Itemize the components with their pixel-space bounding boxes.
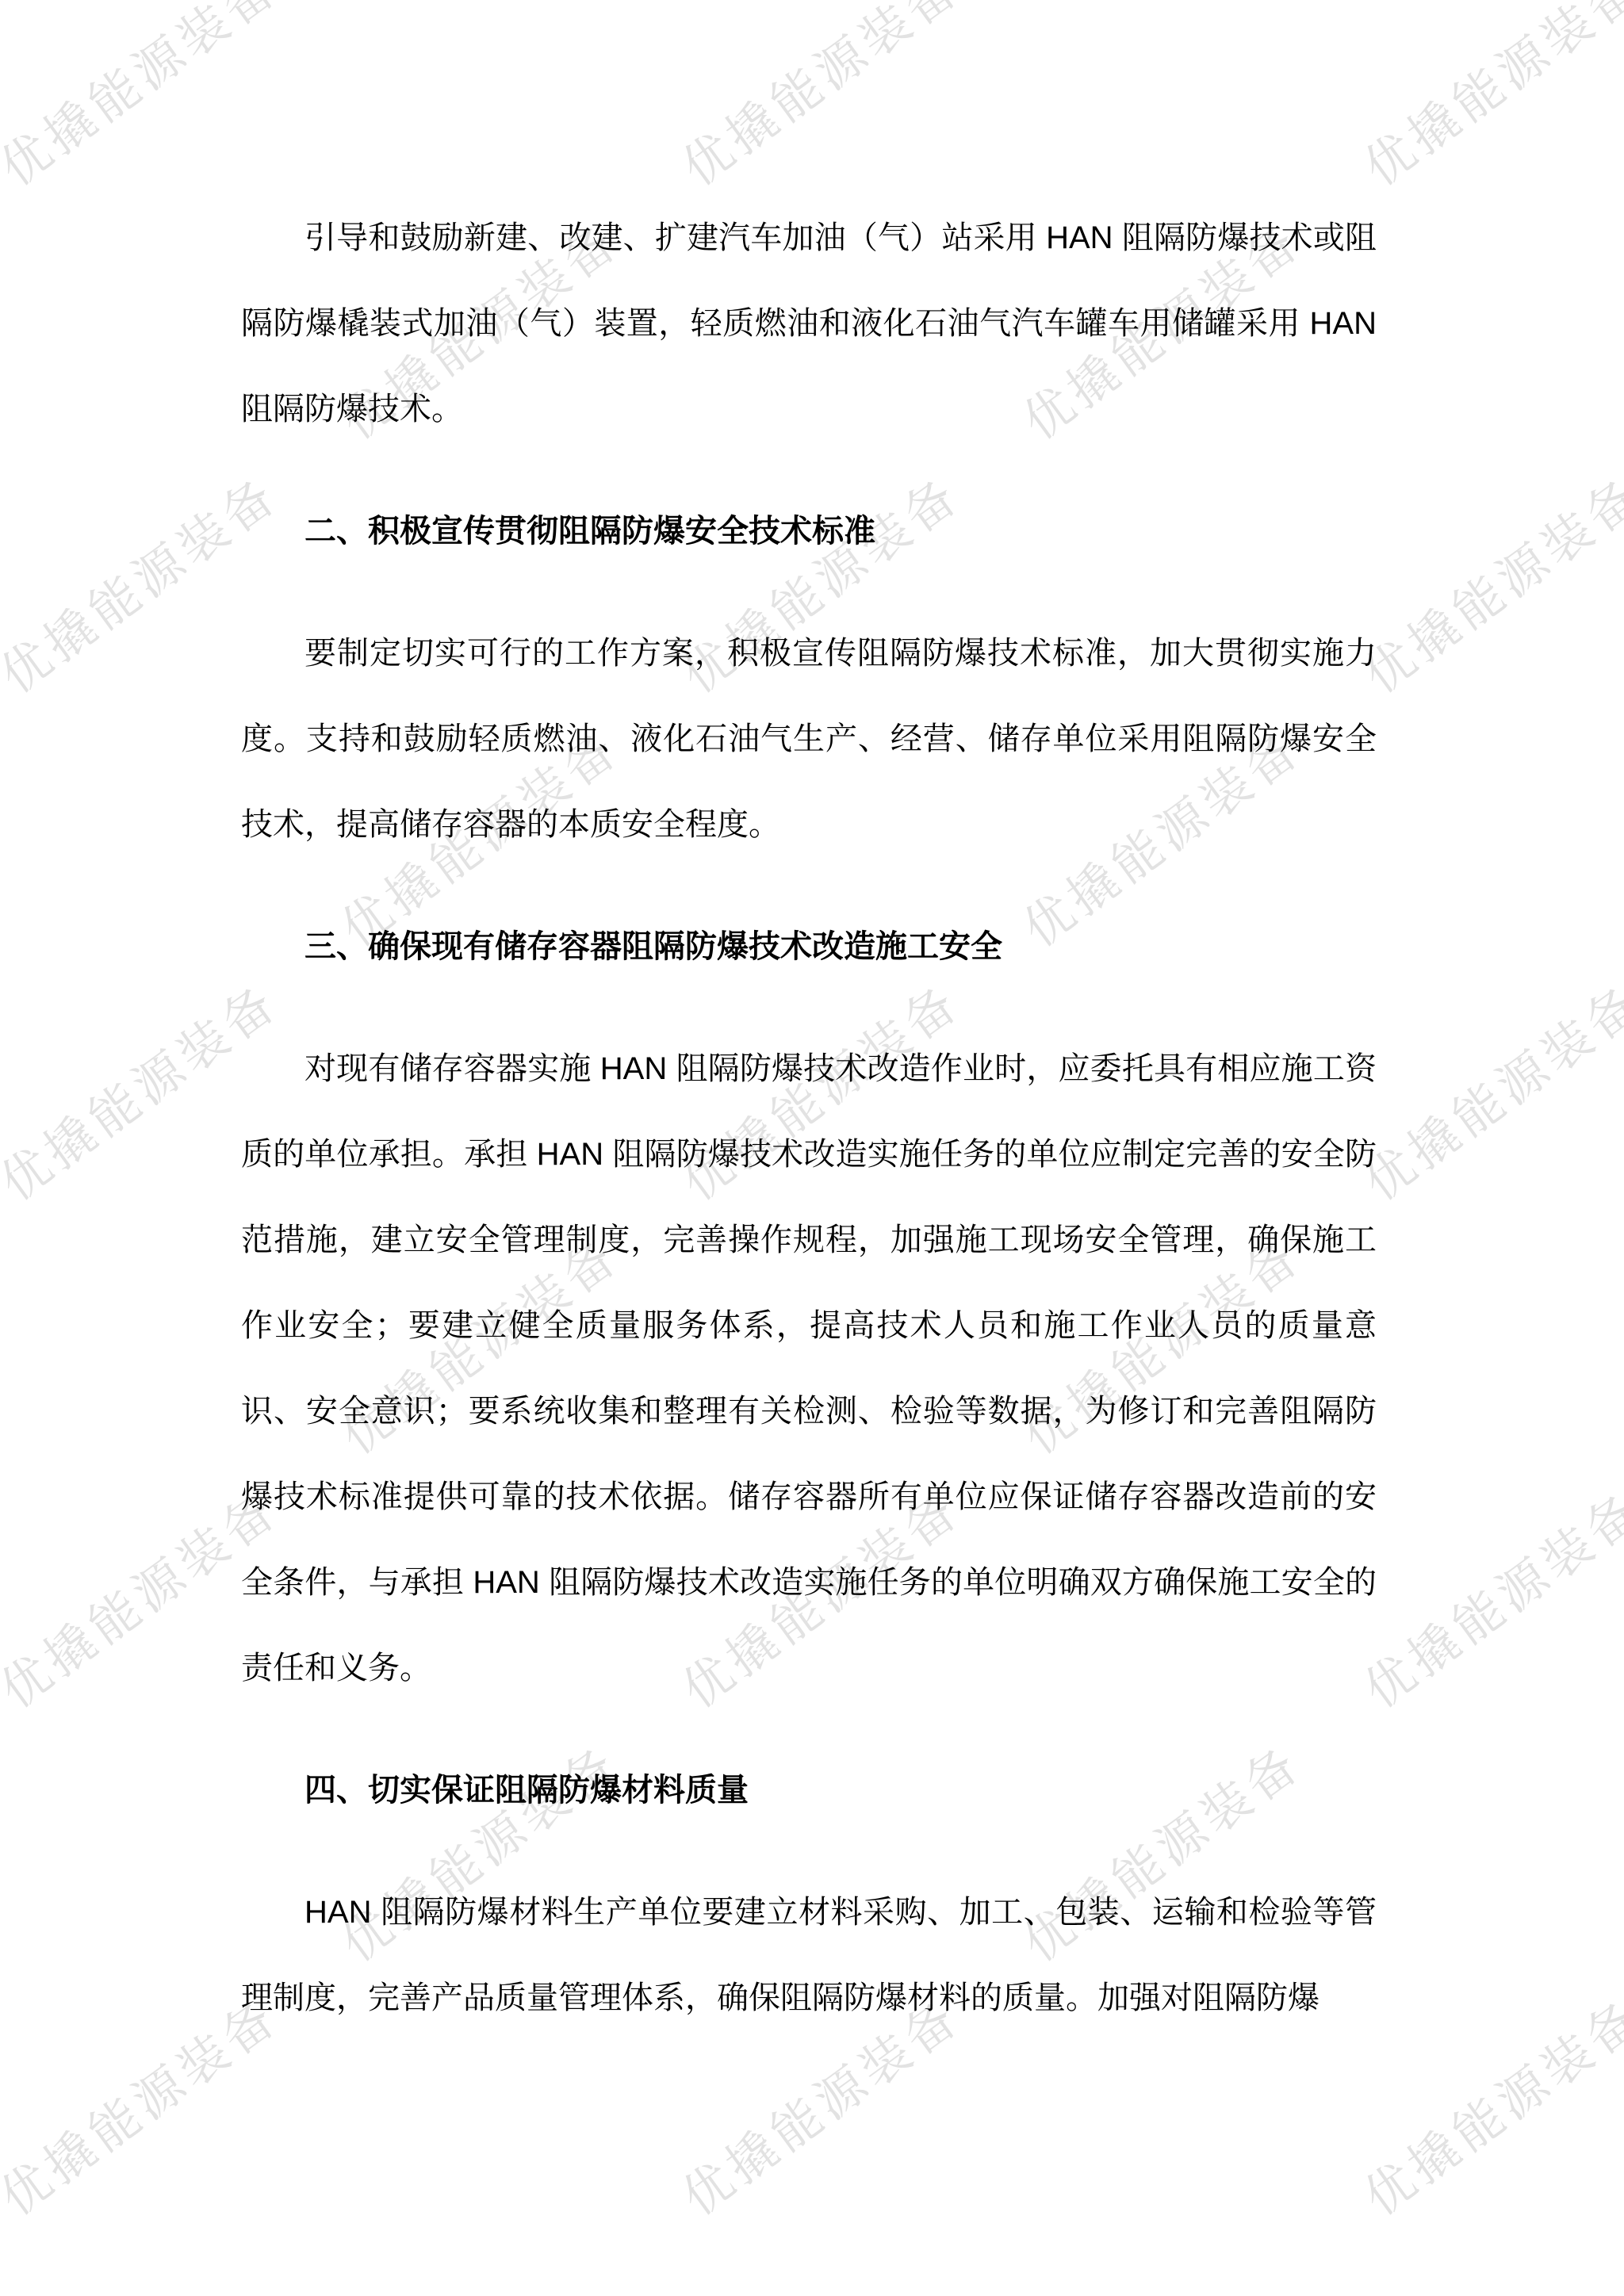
section-heading-5: 四、切实保证阻隔防爆材料质量 <box>241 1747 1377 1833</box>
watermark-text: 优撬能源装备 <box>1354 974 1624 1213</box>
watermark-text: 优撬能源装备 <box>1354 0 1624 198</box>
body-paragraph-6: HAN 阻隔防爆材料生产单位要建立材料采购、加工、包装、运输和检验等管理制度，完… <box>241 1869 1377 2041</box>
document-content: 引导和鼓励新建、改建、扩建汽车加油（气）站采用 HAN 阻隔防爆技术或阻隔防爆橇… <box>241 195 1377 2041</box>
watermark-text: 优撬能源装备 <box>0 0 289 198</box>
section-heading-3: 三、确保现有储存容器阻隔防爆技术改造施工安全 <box>241 904 1377 989</box>
body-paragraph-4: 对现有储存容器实施 HAN 阻隔防爆技术改造作业时，应委托具有相应施工资质的单位… <box>241 1026 1377 1711</box>
watermark-text: 优撬能源装备 <box>1354 466 1624 706</box>
watermark-text: 优撬能源装备 <box>672 0 971 198</box>
section-heading-1: 二、积极宣传贯彻阻隔防爆安全技术标准 <box>241 488 1377 574</box>
document-page: 优撬能源装备优撬能源装备优撬能源装备优撬能源装备优撬能源装备优撬能源装备优撬能源… <box>0 0 1624 2296</box>
watermark-text: 优撬能源装备 <box>1354 1988 1624 2228</box>
body-paragraph-0: 引导和鼓励新建、改建、扩建汽车加油（气）站采用 HAN 阻隔防爆技术或阻隔防爆橇… <box>241 195 1377 452</box>
watermark-text: 优撬能源装备 <box>1354 1481 1624 1720</box>
body-paragraph-2: 要制定切实可行的工作方案，积极宣传阻隔防爆技术标准，加大贯彻实施力度。支持和鼓励… <box>241 610 1377 867</box>
